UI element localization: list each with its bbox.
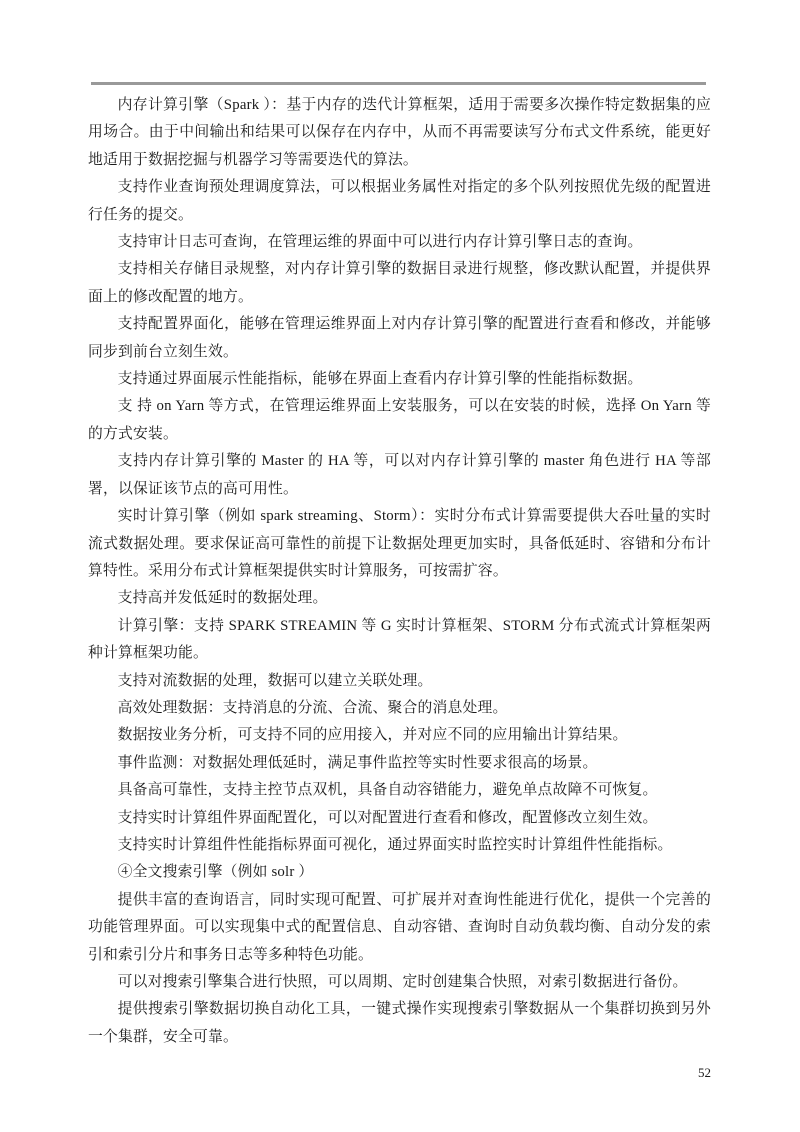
- paragraph: 支持高并发低延时的数据处理。: [88, 585, 711, 612]
- paragraph: 支持作业查询预处理调度算法，可以根据业务属性对指定的多个队列按照优先级的配置进行…: [88, 174, 711, 229]
- page-number: 52: [698, 1065, 711, 1081]
- paragraph: 计算引擎：支持 SPARK STREAMIN 等 G 实时计算框架、STORM …: [88, 613, 711, 668]
- paragraph: 事件监测：对数据处理低延时，满足事件监控等实时性要求很高的场景。: [88, 750, 711, 777]
- paragraph: 支持对流数据的处理，数据可以建立关联处理。: [88, 668, 711, 695]
- document-body: 内存计算引擎（Spark ）：基于内存的迭代计算框架，适用于需要多次操作特定数据…: [88, 92, 711, 1051]
- paragraph: 支持审计日志可查询，在管理运维的界面中可以进行内存计算引擎日志的查询。: [88, 229, 711, 256]
- paragraph: 支持内存计算引擎的 Master 的 HA 等，可以对内存计算引擎的 maste…: [88, 448, 711, 503]
- paragraph: 支持实时计算组件界面配置化，可以对配置进行查看和修改，配置修改立刻生效。: [88, 805, 711, 832]
- paragraph: 提供丰富的查询语言，同时实现可配置、可扩展并对查询性能进行优化，提供一个完善的功…: [88, 887, 711, 969]
- paragraph: 提供搜索引擎数据切换自动化工具，一键式操作实现搜索引擎数据从一个集群切换到另外一…: [88, 996, 711, 1051]
- paragraph: 支持相关存储目录规整，对内存计算引擎的数据目录进行规整，修改默认配置，并提供界面…: [88, 256, 711, 311]
- document-page: 内存计算引擎（Spark ）：基于内存的迭代计算框架，适用于需要多次操作特定数据…: [0, 0, 800, 1132]
- paragraph: 实时计算引擎（例如 spark streaming、Storm）：实时分布式计算…: [88, 503, 711, 585]
- paragraph: 支持配置界面化，能够在管理运维界面上对内存计算引擎的配置进行查看和修改，并能够同…: [88, 311, 711, 366]
- paragraph: 支 持 on Yarn 等方式，在管理运维界面上安装服务，可以在安装的时候，选择…: [88, 393, 711, 448]
- paragraph: 可以对搜索引擎集合进行快照，可以周期、定时创建集合快照，对索引数据进行备份。: [88, 969, 711, 996]
- paragraph: 支持实时计算组件性能指标界面可视化，通过界面实时监控实时计算组件性能指标。: [88, 832, 711, 859]
- paragraph: 高效处理数据：支持消息的分流、合流、聚合的消息处理。: [88, 695, 711, 722]
- paragraph: 内存计算引擎（Spark ）：基于内存的迭代计算框架，适用于需要多次操作特定数据…: [88, 92, 711, 174]
- paragraph: 数据按业务分析，可支持不同的应用接入，并对应不同的应用输出计算结果。: [88, 722, 711, 749]
- paragraph: 支持通过界面展示性能指标，能够在界面上查看内存计算引擎的性能指标数据。: [88, 366, 711, 393]
- paragraph: ④全文搜索引擎（例如 solr ）: [88, 859, 711, 886]
- paragraph: 具备高可靠性，支持主控节点双机，具备自动容错能力，避免单点故障不可恢复。: [88, 777, 711, 804]
- header-rule: [91, 82, 706, 85]
